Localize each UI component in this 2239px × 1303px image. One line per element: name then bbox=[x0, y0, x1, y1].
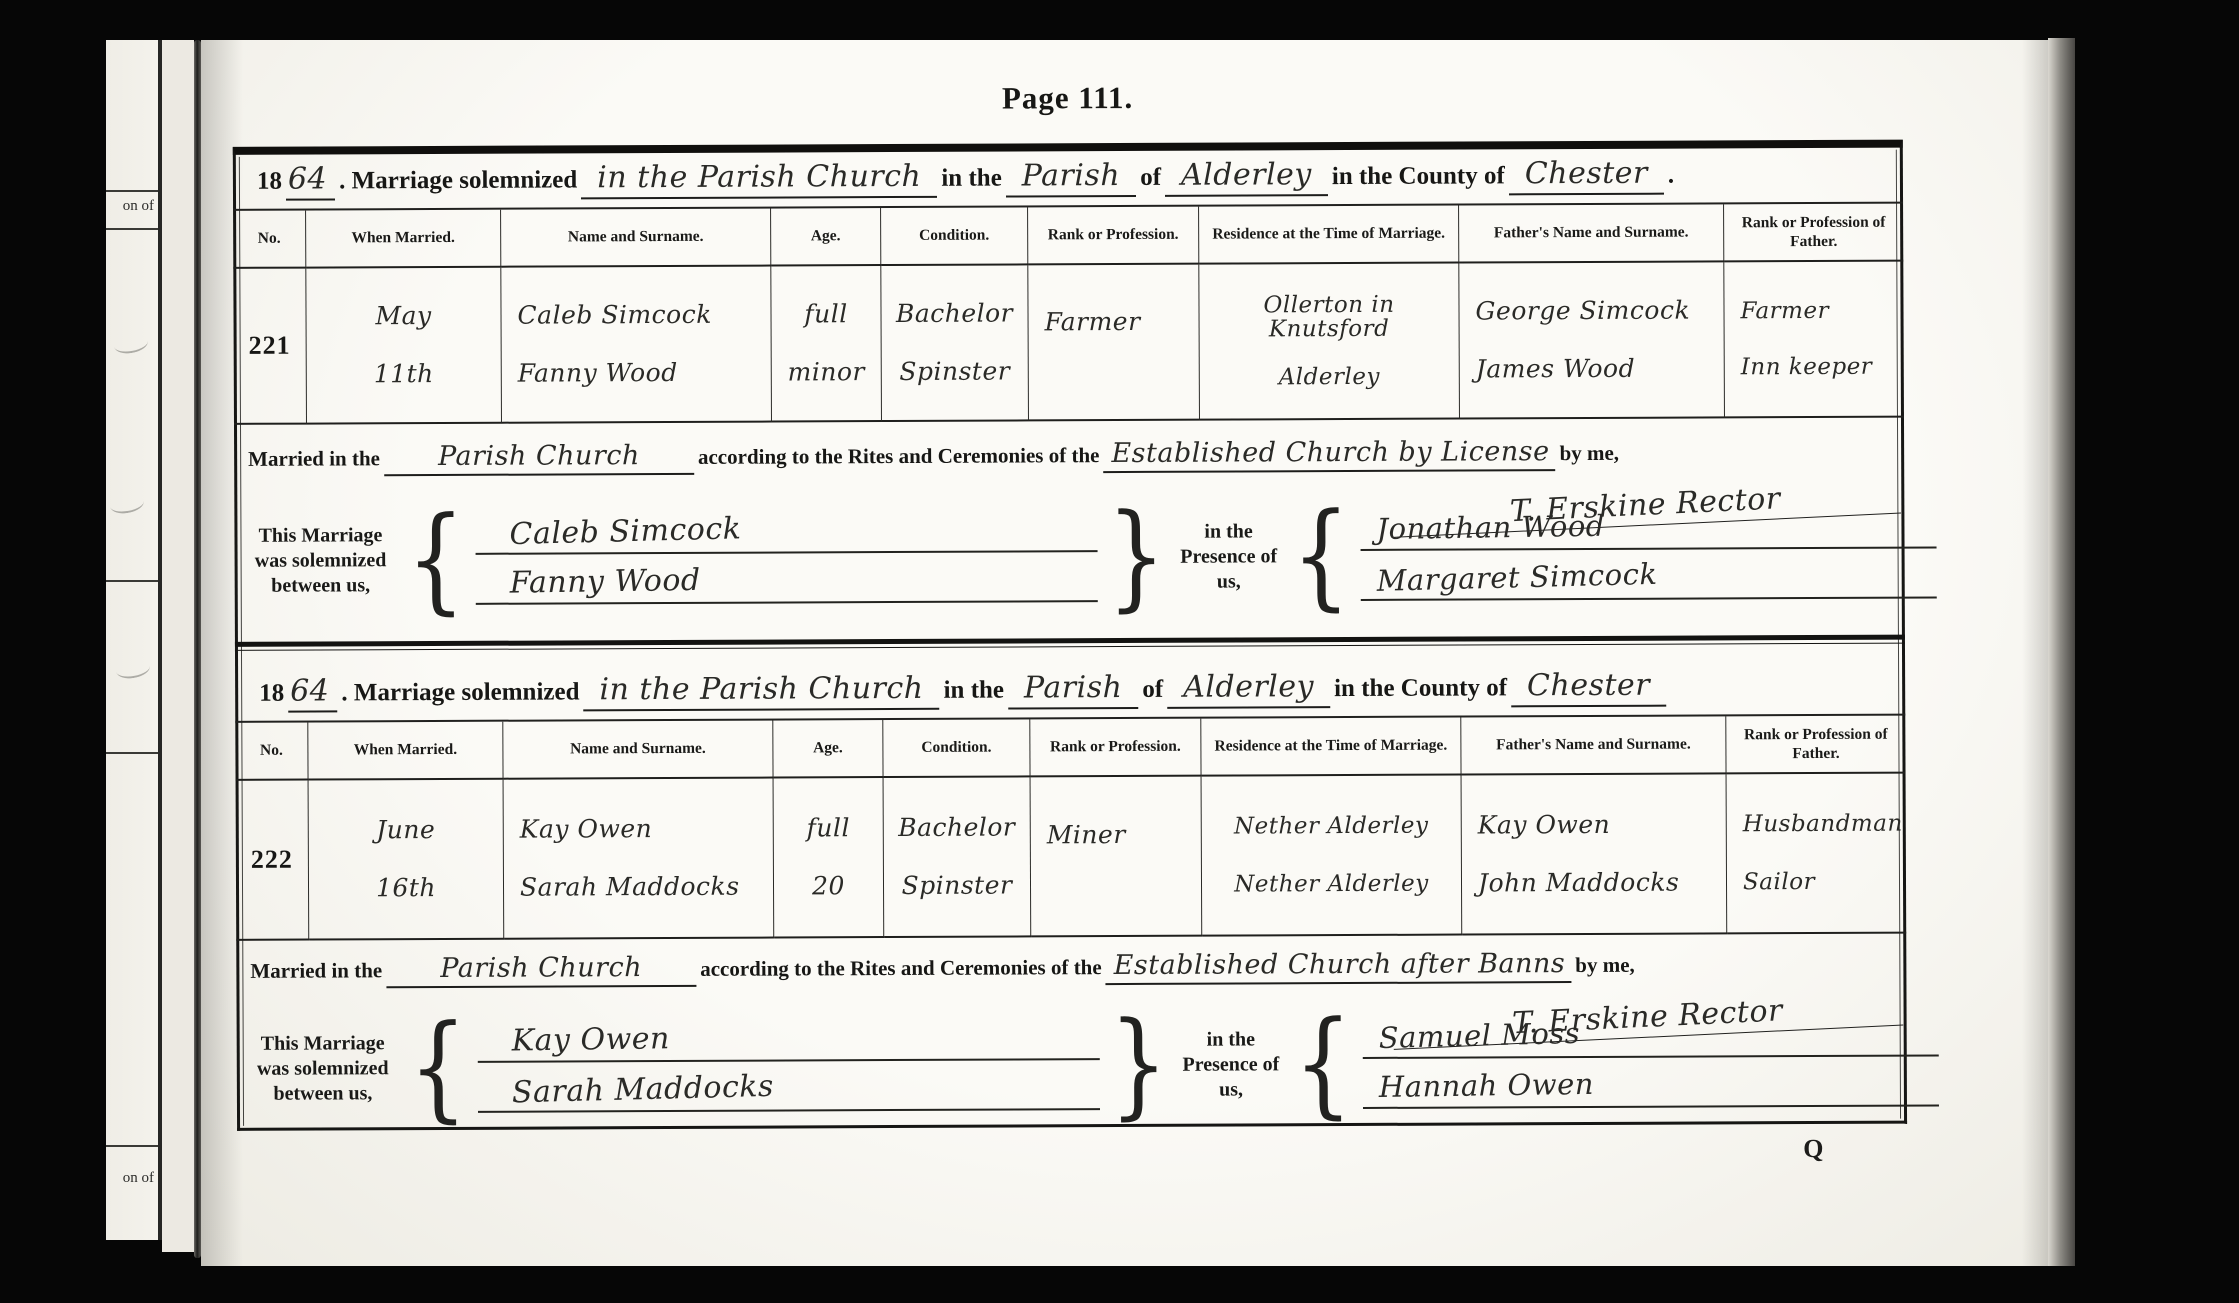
header-when-married: When Married. bbox=[308, 722, 503, 781]
witness-signature: Samuel Moss bbox=[1378, 1016, 1580, 1055]
brace-right-icon: } bbox=[1107, 505, 1166, 609]
bride-condition: Spinster bbox=[902, 873, 1013, 900]
header-father-rank: Rank or Profession of Father. bbox=[1724, 204, 1903, 263]
signature-line-bride: Sarah Maddocks bbox=[477, 1070, 1099, 1113]
presence-label: in the Presence of us, bbox=[1176, 519, 1282, 594]
brace-left-icon: { bbox=[1294, 1012, 1353, 1116]
cell-residences: Nether Alderley Nether Alderley bbox=[1202, 776, 1463, 937]
marriage-table-2: No. When Married. Name and Surname. Age.… bbox=[235, 714, 1906, 941]
entry-number: 222 bbox=[251, 845, 293, 875]
married-church-handwritten: Parish Church bbox=[386, 952, 696, 988]
parish-word-handwritten: Parish bbox=[1006, 158, 1137, 198]
header-name-surname: Name and Surname. bbox=[503, 721, 773, 780]
groom-father: Kay Owen bbox=[1478, 811, 1611, 838]
bride-signature: Fanny Wood bbox=[509, 563, 700, 601]
witness-line-1: Jonathan Wood bbox=[1360, 508, 1936, 551]
header-rank-profession: Rank or Profession. bbox=[1028, 207, 1199, 266]
cell-when-married: June 16th bbox=[309, 780, 505, 941]
county-name-handwritten: Chester bbox=[1511, 668, 1666, 708]
groom-signature: Caleb Simcock bbox=[509, 511, 742, 552]
header-when-married: When Married. bbox=[306, 210, 501, 269]
cell-father-professions: Farmer Inn keeper bbox=[1724, 262, 1904, 419]
cell-ages: full minor bbox=[771, 266, 882, 422]
groom-name: Kay Owen bbox=[520, 816, 653, 843]
brace-left-icon: { bbox=[409, 1016, 468, 1120]
heading-text: . Marriage solemnized bbox=[341, 678, 579, 707]
signature-line-groom: Caleb Simcock bbox=[475, 512, 1097, 555]
bride-father: John Maddocks bbox=[1478, 870, 1679, 897]
married-church-handwritten: Parish Church bbox=[384, 440, 694, 476]
groom-father-profession: Husbandman bbox=[1743, 812, 1903, 837]
header-name-surname: Name and Surname. bbox=[501, 209, 771, 268]
parish-name-handwritten: Alderley bbox=[1167, 669, 1330, 709]
header-father-name: Father's Name and Surname. bbox=[1459, 204, 1724, 263]
signature-block-1: This Marriage was solemnized between us,… bbox=[244, 508, 1936, 605]
heading-county-label: in the County of bbox=[1334, 674, 1507, 703]
header-condition: Condition. bbox=[881, 207, 1028, 266]
year-prefix: 18 bbox=[259, 680, 284, 708]
header-rank-profession: Rank or Profession. bbox=[1030, 719, 1201, 778]
bride-name: Sarah Maddocks bbox=[520, 874, 740, 901]
handwriting-fragment bbox=[109, 492, 146, 516]
groom-profession: Farmer bbox=[1044, 309, 1140, 336]
when-month: May bbox=[375, 303, 431, 329]
handwriting-fragment bbox=[115, 657, 152, 681]
bride-father-profession: Inn keeper bbox=[1741, 355, 1873, 380]
solemnized-label: This Marriage was solemnized between us, bbox=[247, 1031, 399, 1107]
when-day: 11th bbox=[374, 361, 434, 388]
spouse-signatures: Kay Owen Sarah Maddocks bbox=[477, 1020, 1099, 1113]
cell-no: 221 bbox=[233, 269, 307, 425]
register-content: Page 111. 1864. Marriage solemnized in t… bbox=[198, 36, 2050, 1270]
groom-father-profession: Farmer bbox=[1740, 298, 1829, 323]
header-condition: Condition. bbox=[883, 719, 1030, 778]
page-fragment-line bbox=[106, 190, 158, 192]
cell-fathers: Kay Owen John Maddocks bbox=[1462, 774, 1728, 935]
bride-age: minor bbox=[788, 359, 865, 386]
bride-age: 20 bbox=[812, 873, 845, 899]
groom-condition: Bachelor bbox=[898, 814, 1015, 841]
page-fragment-text: on of bbox=[123, 198, 154, 215]
heading-in-the: in the bbox=[941, 165, 1002, 193]
cell-professions: Miner bbox=[1031, 777, 1203, 938]
brace-left-icon: { bbox=[1291, 504, 1350, 608]
page-fragment-line bbox=[106, 752, 158, 754]
groom-condition: Bachelor bbox=[896, 301, 1013, 328]
cell-names: Kay Owen Sarah Maddocks bbox=[504, 779, 775, 940]
header-residence: Residence at the Time of Marriage. bbox=[1201, 718, 1461, 777]
heading-period: . bbox=[1668, 162, 1674, 190]
entry-number: 221 bbox=[249, 331, 291, 361]
witness-line-2: Margaret Simcock bbox=[1360, 558, 1936, 601]
handwriting-fragment bbox=[113, 332, 150, 356]
when-month: June bbox=[376, 817, 435, 844]
by-me-label: by me, bbox=[1575, 953, 1635, 978]
brace-right-icon: } bbox=[1109, 1013, 1168, 1117]
bride-residence: Nether Alderley bbox=[1234, 872, 1429, 897]
signature-line-bride: Fanny Wood bbox=[475, 562, 1097, 605]
witness-signatures: Jonathan Wood Margaret Simcock bbox=[1360, 508, 1936, 601]
cell-conditions: Bachelor Spinster bbox=[881, 265, 1029, 422]
heading-county-label: in the County of bbox=[1332, 162, 1505, 191]
header-age: Age. bbox=[771, 208, 881, 266]
bride-signature: Sarah Maddocks bbox=[511, 1069, 774, 1111]
page-title: Page 111. bbox=[233, 77, 1903, 120]
entry-1-heading: 1864. Marriage solemnized in the Parish … bbox=[257, 155, 1877, 201]
header-residence: Residence at the Time of Marriage. bbox=[1199, 206, 1459, 265]
bride-name: Fanny Wood bbox=[518, 360, 678, 387]
rites-detail-handwritten: Established Church by License bbox=[1103, 436, 1555, 473]
place-handwritten: in the Parish Church bbox=[583, 671, 939, 712]
cell-conditions: Bachelor Spinster bbox=[884, 777, 1032, 938]
bride-father: James Wood bbox=[1476, 355, 1635, 382]
presence-label: in the Presence of us, bbox=[1178, 1027, 1284, 1102]
married-line-1: Married in the Parish Church according t… bbox=[248, 435, 1868, 477]
cell-when-married: May 11th bbox=[306, 268, 502, 425]
by-me-label: by me, bbox=[1559, 441, 1619, 466]
groom-signature: Kay Owen bbox=[511, 1021, 670, 1058]
rites-detail-handwritten: Established Church after Banns bbox=[1106, 948, 1572, 985]
groom-profession: Miner bbox=[1047, 822, 1126, 849]
page-fragment-line bbox=[106, 228, 158, 230]
solemnized-label: This Marriage was solemnized between us, bbox=[244, 523, 396, 599]
heading-of: of bbox=[1140, 164, 1161, 192]
header-father-rank: Rank or Profession of Father. bbox=[1726, 716, 1905, 775]
brace-left-icon: { bbox=[406, 508, 465, 612]
rites-label: according to the Rites and Ceremonies of… bbox=[700, 955, 1102, 982]
page-fragment-line bbox=[106, 580, 158, 582]
heading-in-the: in the bbox=[944, 677, 1005, 705]
groom-residence: Nether Alderley bbox=[1234, 814, 1429, 839]
page-fragment-text: on of bbox=[123, 1170, 154, 1187]
signature-block-2: This Marriage was solemnized between us,… bbox=[247, 1016, 1939, 1113]
cell-names: Caleb Simcock Fanny Wood bbox=[501, 267, 772, 424]
cell-father-professions: Husbandman Sailor bbox=[1727, 774, 1907, 935]
groom-age: full bbox=[807, 815, 850, 841]
binding-gutter bbox=[162, 40, 194, 1252]
witness-signature: Hannah Owen bbox=[1378, 1067, 1594, 1104]
groom-name: Caleb Simcock bbox=[517, 302, 711, 329]
heading-text: . Marriage solemnized bbox=[339, 166, 577, 195]
witness-signature: Jonathan Wood bbox=[1376, 509, 1605, 546]
groom-age: full bbox=[804, 301, 847, 327]
year-prefix: 18 bbox=[257, 168, 282, 196]
year-handwritten: 64 bbox=[286, 161, 335, 200]
bride-residence: Alderley bbox=[1279, 365, 1380, 390]
document-page: Page 111. 1864. Marriage solemnized in t… bbox=[201, 40, 2048, 1266]
bride-condition: Spinster bbox=[899, 358, 1010, 385]
groom-father: George Simcock bbox=[1475, 298, 1690, 325]
rites-label: according to the Rites and Ceremonies of… bbox=[698, 443, 1100, 470]
cell-no: 222 bbox=[236, 781, 310, 941]
cell-ages: full 20 bbox=[774, 778, 885, 938]
county-name-handwritten: Chester bbox=[1509, 156, 1664, 196]
header-no: No. bbox=[233, 211, 306, 269]
entry-2-heading: 1864. Marriage solemnized in the Parish … bbox=[259, 667, 1879, 713]
parish-word-handwritten: Parish bbox=[1008, 670, 1139, 710]
scan-background: { "page": { "title": "Page 111.", "botto… bbox=[0, 0, 2239, 1303]
spouse-signatures: Caleb Simcock Fanny Wood bbox=[475, 512, 1097, 605]
married-in-label: Married in the bbox=[248, 446, 380, 472]
groom-residence: Ollerton in Knutsford bbox=[1205, 292, 1452, 341]
witness-line-2: Hannah Owen bbox=[1362, 1066, 1938, 1109]
page-signature-mark: Q bbox=[1803, 1134, 1823, 1164]
when-day: 16th bbox=[376, 875, 436, 902]
page-edge-shadow bbox=[2048, 38, 2075, 1266]
previous-page-edge: on of on of bbox=[106, 40, 158, 1240]
header-father-name: Father's Name and Surname. bbox=[1461, 716, 1726, 775]
married-in-label: Married in the bbox=[250, 958, 382, 984]
witness-signature: Margaret Simcock bbox=[1376, 557, 1658, 598]
header-no: No. bbox=[235, 723, 308, 781]
parish-name-handwritten: Alderley bbox=[1165, 157, 1328, 197]
bride-father-profession: Sailor bbox=[1743, 870, 1815, 894]
page-fragment-line bbox=[106, 1145, 158, 1147]
place-handwritten: in the Parish Church bbox=[581, 159, 937, 200]
cell-fathers: George Simcock James Wood bbox=[1459, 262, 1725, 419]
marriage-table-1: No. When Married. Name and Surname. Age.… bbox=[233, 202, 1904, 425]
witness-signatures: Samuel Moss Hannah Owen bbox=[1362, 1016, 1938, 1109]
heading-of: of bbox=[1142, 676, 1163, 704]
header-age: Age. bbox=[773, 720, 883, 778]
year-handwritten: 64 bbox=[288, 673, 337, 712]
married-line-2: Married in the Parish Church according t… bbox=[250, 947, 1870, 989]
cell-professions: Farmer bbox=[1028, 265, 1200, 422]
signature-line-groom: Kay Owen bbox=[477, 1020, 1099, 1063]
witness-line-1: Samuel Moss bbox=[1362, 1016, 1938, 1059]
cell-residences: Ollerton in Knutsford Alderley bbox=[1199, 264, 1460, 421]
